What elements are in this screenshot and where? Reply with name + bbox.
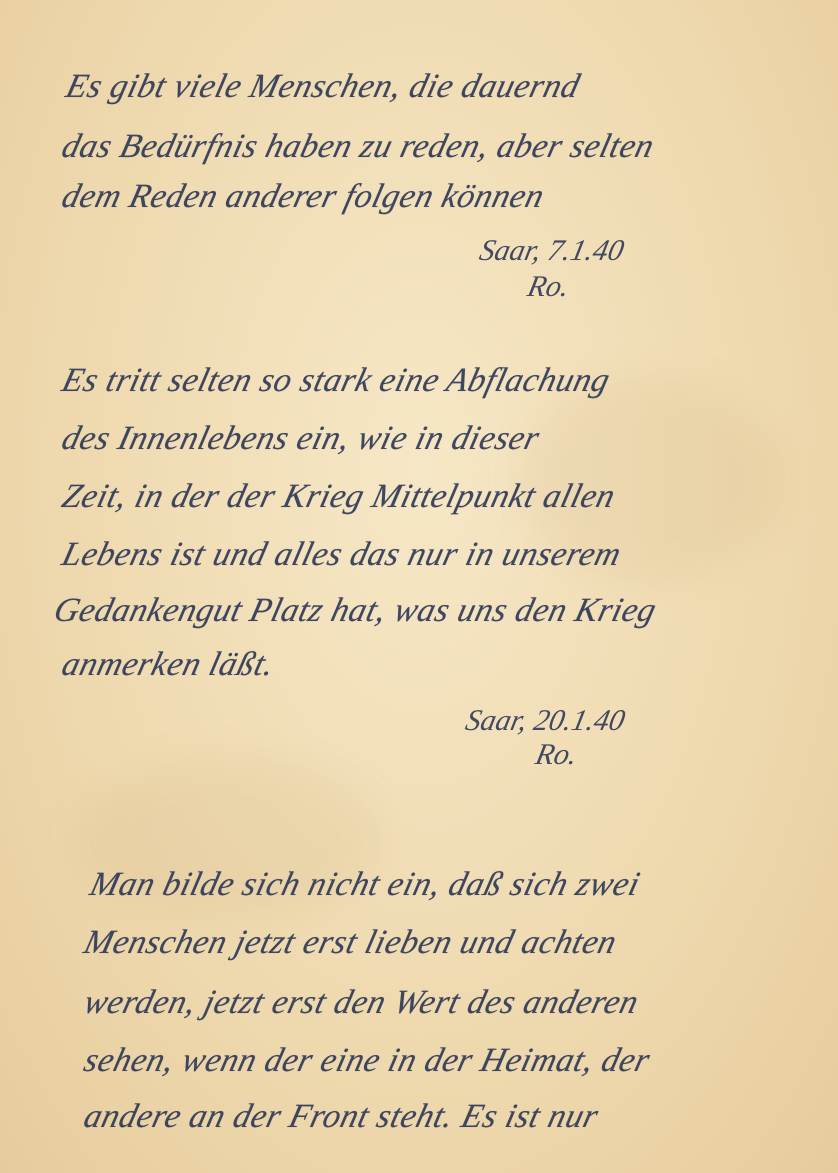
entry-line: andere an der Front steht. Es ist nur [80, 1098, 602, 1136]
entry-line: Menschen jetzt erst lieben und achten [80, 924, 621, 962]
entry-line: Man bilde sich nicht ein, daß sich zwei [86, 866, 644, 904]
entry-line: sehen, wenn der eine in der Heimat, der [80, 1042, 654, 1080]
place-date: Saar, 20.1.40 [462, 704, 628, 738]
entry-line: Gedankengut Platz hat, was uns den Krieg [50, 592, 660, 630]
initials-signature: Ro. [532, 738, 580, 772]
diary-page: Es gibt viele Menschen, die dauernd das … [0, 0, 838, 1173]
place-date: Saar, 7.1.40 [476, 234, 627, 268]
entry-line: Lebens ist und alles das nur in unserem [58, 536, 625, 574]
entry-line: des Innenlebens ein, wie in dieser [58, 420, 543, 458]
entry-line: Es tritt selten so stark eine Abflachung [58, 362, 614, 400]
entry-line: das Bedürfnis haben zu reden, aber selte… [58, 128, 658, 166]
entry-line: Zeit, in der der Krieg Mittelpunkt allen [58, 478, 619, 516]
entry-line: dem Reden anderer folgen können [58, 178, 548, 216]
entry-line: anmerken läßt. [58, 646, 278, 684]
entry-line: werden, jetzt erst den Wert des anderen [80, 984, 643, 1022]
initials-signature: Ro. [524, 270, 572, 304]
entry-line: Es gibt viele Menschen, die dauernd [62, 68, 584, 106]
